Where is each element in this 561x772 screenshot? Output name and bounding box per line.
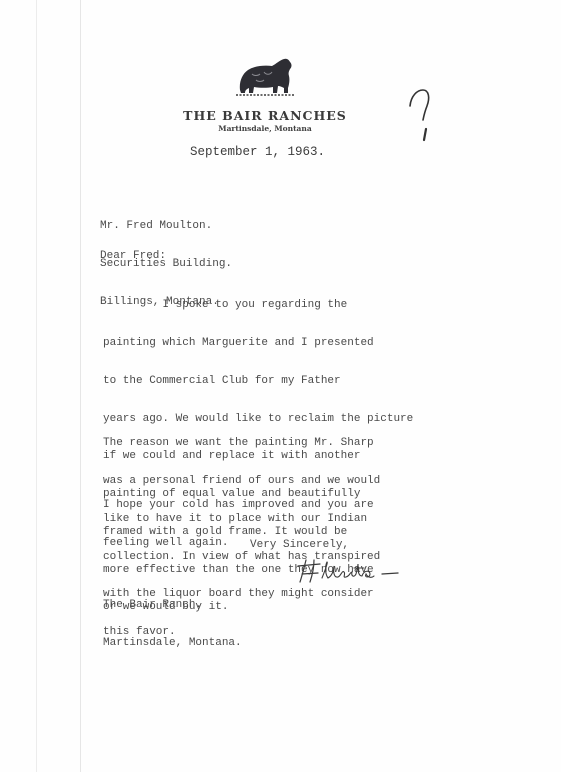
company-location: Martinsdale, Montana bbox=[170, 124, 360, 133]
body-line: to the Commercial Club for my Father bbox=[103, 375, 413, 388]
handwritten-question-mark bbox=[405, 84, 445, 144]
letterhead: THE BAIR RANCHES Martinsdale, Montana bbox=[170, 52, 360, 133]
letter-page: THE BAIR RANCHES Martinsdale, Montana Se… bbox=[0, 0, 561, 772]
scan-line bbox=[80, 0, 81, 772]
body-line: painting which Marguerite and I presente… bbox=[103, 337, 413, 350]
company-name: THE BAIR RANCHES bbox=[170, 108, 360, 123]
body-line: I hope your cold has improved and you ar… bbox=[103, 499, 374, 512]
bear-icon bbox=[234, 52, 296, 102]
letter-date: September 1, 1963. bbox=[190, 145, 325, 159]
salutation: Dear Fred: bbox=[100, 250, 166, 263]
body-line: I spoke to you regarding the bbox=[103, 299, 413, 312]
signature: Alberta bbox=[294, 556, 404, 586]
sender-line: The Bair Ranch. bbox=[103, 599, 242, 612]
closing: Very Sincerely, bbox=[250, 539, 349, 552]
body-line: The reason we want the painting Mr. Shar… bbox=[103, 437, 380, 450]
sender-address: The Bair Ranch. Martinsdale, Montana. bbox=[103, 574, 242, 675]
scan-line bbox=[36, 0, 37, 772]
recipient-line: Mr. Fred Moulton. bbox=[100, 220, 232, 233]
sender-line: Martinsdale, Montana. bbox=[103, 637, 242, 650]
